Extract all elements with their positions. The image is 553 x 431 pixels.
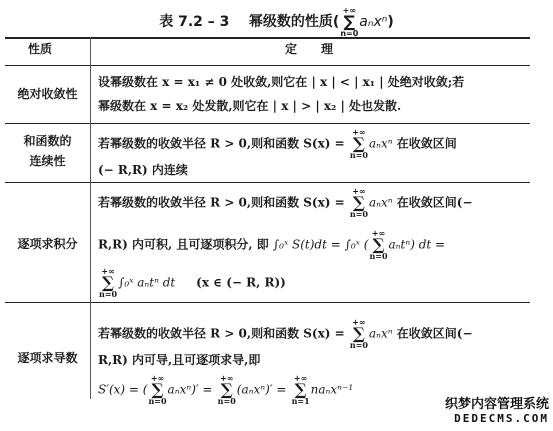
row-divider <box>5 123 530 124</box>
table-name: 幂级数的性质 <box>249 14 333 30</box>
theorem-termwise-integration: 若幂级数的收敛半径 R > 0,则和函数 S(x) = +∞∑n=0aₙxⁿ 在… <box>98 187 528 299</box>
sum-symbol: +∞∑n=0 <box>340 6 358 38</box>
theorem-line: 幂级数在 x = x₂ 处发散,则它在 | x | > | x₂ | 处也发散. <box>98 96 528 116</box>
watermark: 织梦内容管理系统 DEDECMS.COM <box>445 393 549 425</box>
theorem-line: R,R) 内可导,且可逐项求导,即 <box>98 350 528 370</box>
theorem-line: 若幂级数的收敛半径 R > 0,则和函数 S(x) = +∞∑n=0aₙxⁿ 在… <box>98 128 528 160</box>
theorem-absolute-convergence: 设幂级数在 x = x₁ ≠ 0 处收敛,则它在 | x | < | x₁ | … <box>98 72 528 116</box>
table-title: 表 7.2 – 3 幂级数的性质(+∞∑n=0aₙxⁿ) <box>0 6 553 38</box>
property-termwise-differentiation: 逐项求导数 <box>5 348 90 368</box>
theorem-line: 设幂级数在 x = x₁ ≠ 0 处收敛,则它在 | x | < | x₁ | … <box>98 72 528 92</box>
theorem-line: R,R) 内可积, 且可逐项积分, 即 ∫₀ˣ S(t)dt = ∫₀ˣ (+∞… <box>98 229 528 261</box>
row-divider <box>5 182 530 183</box>
column-divider <box>90 37 91 399</box>
table-number: 表 7.2 – 3 <box>159 14 229 30</box>
header-theorem: 定 理 <box>285 40 333 57</box>
property-line: 连续性 <box>5 151 90 171</box>
header-rule <box>5 65 530 66</box>
table-top-rule <box>5 37 530 39</box>
theorem-line: 若幂级数的收敛半径 R > 0,则和函数 S(x) = +∞∑n=0aₙxⁿ 在… <box>98 318 528 350</box>
watermark-en: DEDECMS.COM <box>445 412 549 425</box>
theorem-continuity: 若幂级数的收敛半径 R > 0,则和函数 S(x) = +∞∑n=0aₙxⁿ 在… <box>98 128 528 180</box>
theorem-line: 若幂级数的收敛半径 R > 0,则和函数 S(x) = +∞∑n=0aₙxⁿ 在… <box>98 187 528 219</box>
property-termwise-integration: 逐项求积分 <box>5 234 90 254</box>
row-divider <box>5 302 530 303</box>
header-property: 性质 <box>28 40 52 57</box>
property-continuity: 和函数的 连续性 <box>5 131 90 171</box>
property-line: 和函数的 <box>5 131 90 151</box>
watermark-cn: 织梦内容管理系统 <box>445 393 549 412</box>
theorem-line: +∞∑n=0∫₀ˣ aₙtⁿ dt (x ∈ (− R, R)) <box>98 267 528 299</box>
theorem-line: (− R,R) 内连续 <box>98 160 528 180</box>
property-absolute-convergence: 绝对收敛性 <box>5 84 90 104</box>
formula-term: aₙxⁿ <box>359 14 387 30</box>
